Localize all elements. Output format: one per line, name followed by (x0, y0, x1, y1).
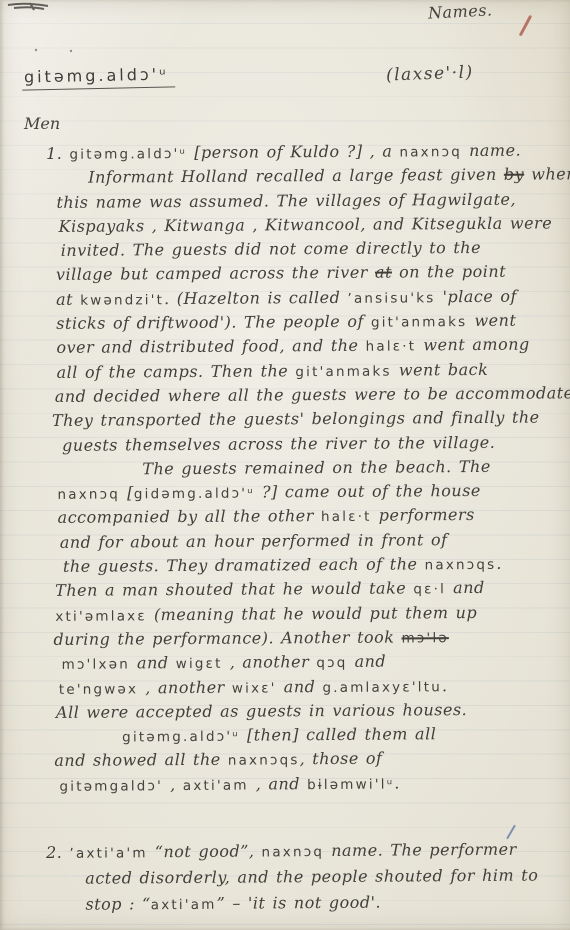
handwritten-line: village but camped across the river at o… (1, 260, 570, 288)
phonetic-word: mɔ'lxən (62, 657, 130, 673)
handwritten-text: [then] called them all (240, 724, 437, 744)
handwritten-text: . (Hazelton is called (164, 288, 347, 308)
page-title: gitəmg.aldɔ'ᵘ (22, 64, 175, 90)
handwritten-text: went among (416, 335, 530, 355)
corner-label: Names. (428, 0, 493, 22)
handwritten-text: 'place of (435, 286, 517, 306)
handwritten-text: acted disorderly, and the people shouted… (85, 866, 538, 888)
phonetic-word: axti'am (183, 777, 249, 793)
handwritten-line: the guests. They dramatized each of the … (3, 551, 570, 579)
phonetic-word: gitəmgaldɔ' (59, 778, 163, 795)
phonetic-word: qɛ·l (413, 582, 446, 598)
phonetic-word: git'anmaks (371, 314, 468, 331)
handwritten-text: accompanied by all the other (58, 507, 321, 528)
phonetic-word: ʼansisu'ks (347, 290, 435, 307)
handwritten-text: . (394, 773, 400, 792)
phonetic-word: naxnɔq (261, 844, 324, 860)
handwritten-line: The guests remained on the beach. The (2, 454, 570, 482)
handwritten-text: . (496, 554, 502, 573)
phonetic-word: kwəndzi't (80, 292, 164, 309)
entry-1: 1. gitəmg.aldɔ'ᵘ [person of Kuldo ?] , a… (0, 138, 570, 798)
handwritten-text: all of the camps. Then the (57, 361, 296, 382)
handwritten-text: , another (138, 677, 232, 697)
phonetic-word: qɔq (316, 655, 347, 671)
dialect-label: (laxse'·l) (386, 62, 474, 85)
handwritten-text: over and distributed food, and the (56, 336, 365, 357)
handwritten-text: Then a man shouted that he would take (55, 579, 413, 601)
handwritten-text: stop : “ (85, 894, 150, 913)
handwritten-text: village but camped across the river (56, 263, 375, 284)
handwritten-line: 2. ʼaxti'a'm “not good”, naxnɔq name. Th… (0, 836, 570, 866)
handwritten-text: and decided where all the guests were to… (55, 383, 570, 406)
struck-word: by (504, 165, 524, 184)
handwritten-text: , those of (300, 749, 383, 769)
handwritten-text: and (130, 653, 176, 672)
section-heading: Men (24, 114, 60, 133)
handwritten-text: during the performance). Another took (53, 627, 401, 648)
handwritten-line: acted disorderly, and the people shouted… (0, 862, 570, 892)
handwritten-text: and for about an hour performed in front… (60, 530, 448, 552)
phonetic-word: axti'am (151, 897, 217, 913)
handwritten-text: and showed all the (54, 750, 228, 770)
phonetic-word: halɛ·t (366, 339, 417, 355)
handwritten-text: name. (462, 141, 521, 160)
handwritten-line: Kispayaks , Kitwanga , Kitwancool, and K… (1, 211, 570, 239)
handwritten-text: sticks of driftwood'). The people of (56, 312, 371, 333)
handwritten-line: over and distributed food, and the halɛ·… (1, 333, 570, 361)
handwritten-line: gitəmgaldɔ' , axti'am , and bɨləmwi'lᵘ. (4, 770, 570, 798)
handwritten-text: ?] came out of the house (255, 481, 481, 502)
handwritten-text: , and (249, 774, 308, 793)
handwritten-text: ” – 'it is not good'. (216, 893, 381, 913)
handwritten-text: went back (392, 360, 489, 380)
struck-word: mɔ'lə (401, 630, 448, 646)
handwritten-text: [ (120, 484, 134, 503)
handwritten-line: They transported the guests' belongings … (2, 406, 570, 434)
corner-smudge (0, 0, 120, 60)
handwritten-text: and (446, 578, 485, 597)
handwritten-text: went (467, 311, 516, 330)
handwritten-text: All were accepted as guests in various h… (56, 700, 467, 722)
handwritten-text: The guests remained on the beach. The (142, 457, 491, 478)
phonetic-word: gitəmg.aldɔ'ᵘ (122, 729, 240, 746)
phonetic-word: gitəmg.aldɔ'ᵘ (69, 146, 187, 163)
handwritten-line: Informant Holland recalled a large feast… (0, 163, 570, 191)
phonetic-word: te'ngwəx (59, 681, 138, 698)
phonetic-word: git'anmaks (295, 363, 392, 380)
handwritten-text: They transported the guests' belongings … (52, 408, 540, 430)
phonetic-word: gidəmg.aldɔ'ᵘ (134, 486, 255, 503)
handwritten-text: this name was assumed. The villages of H… (56, 189, 516, 211)
phonetic-word: naxnɔqs (228, 753, 300, 770)
handwritten-text: the guests. They dramatized each of the (63, 554, 425, 576)
notebook-page: Names. gitəmg.aldɔ'ᵘ (laxse'·l) Men 1. g… (0, 0, 570, 930)
handwritten-text: 2. (46, 843, 69, 862)
struck-word: at (375, 263, 392, 282)
handwritten-text: 1. (46, 144, 69, 163)
handwritten-text: [person of Kuldo ?] , a (187, 141, 399, 161)
phonetic-word: wigɛt (176, 656, 223, 672)
handwritten-text: , another (223, 652, 317, 672)
phonetic-word: naxnɔqs (425, 557, 497, 574)
handwritten-text: when (524, 165, 570, 184)
handwritten-text: Informant Holland recalled a large feast… (88, 165, 504, 187)
handwritten-text: performers (372, 505, 475, 525)
handwritten-line: stop : “axti'am” – 'it is not good'. (0, 888, 570, 918)
phonetic-word: ʼaxti'a'm (69, 845, 147, 862)
phonetic-word: bɨləmwi'lᵘ (307, 776, 394, 793)
phonetic-word: xti'əmlaxɛ (55, 608, 147, 625)
phonetic-word: halɛ·t (321, 509, 372, 525)
entry-2: 2. ʼaxti'a'm “not good”, naxnɔq name. Th… (0, 836, 570, 918)
phonetic-word: wixɛ' (232, 680, 277, 696)
handwritten-text: Kispayaks , Kitwanga , Kitwancool, and K… (59, 213, 553, 235)
handwritten-text: and (277, 677, 323, 696)
phonetic-word: naxnɔq (57, 487, 120, 503)
handwritten-text: at (56, 290, 80, 309)
handwritten-text: “not good”, (148, 841, 262, 861)
handwritten-text: on the point (392, 262, 506, 282)
handwritten-text: and (347, 652, 386, 671)
red-check-mark (519, 15, 532, 36)
handwritten-line: guests themselves across the river to th… (2, 430, 570, 458)
phonetic-word: g.amlaxyɛ'ltu (322, 679, 442, 696)
handwritten-text: guests themselves across the river to th… (62, 432, 495, 454)
handwritten-text: , (163, 775, 183, 794)
handwritten-text: name. The performer (324, 840, 517, 860)
handwritten-text: invited. The guests did not come directl… (61, 238, 481, 260)
phonetic-word: naxnɔq (399, 144, 462, 160)
handwritten-text: . (442, 676, 448, 695)
handwritten-text: (meaning that he would put them up (147, 603, 477, 624)
